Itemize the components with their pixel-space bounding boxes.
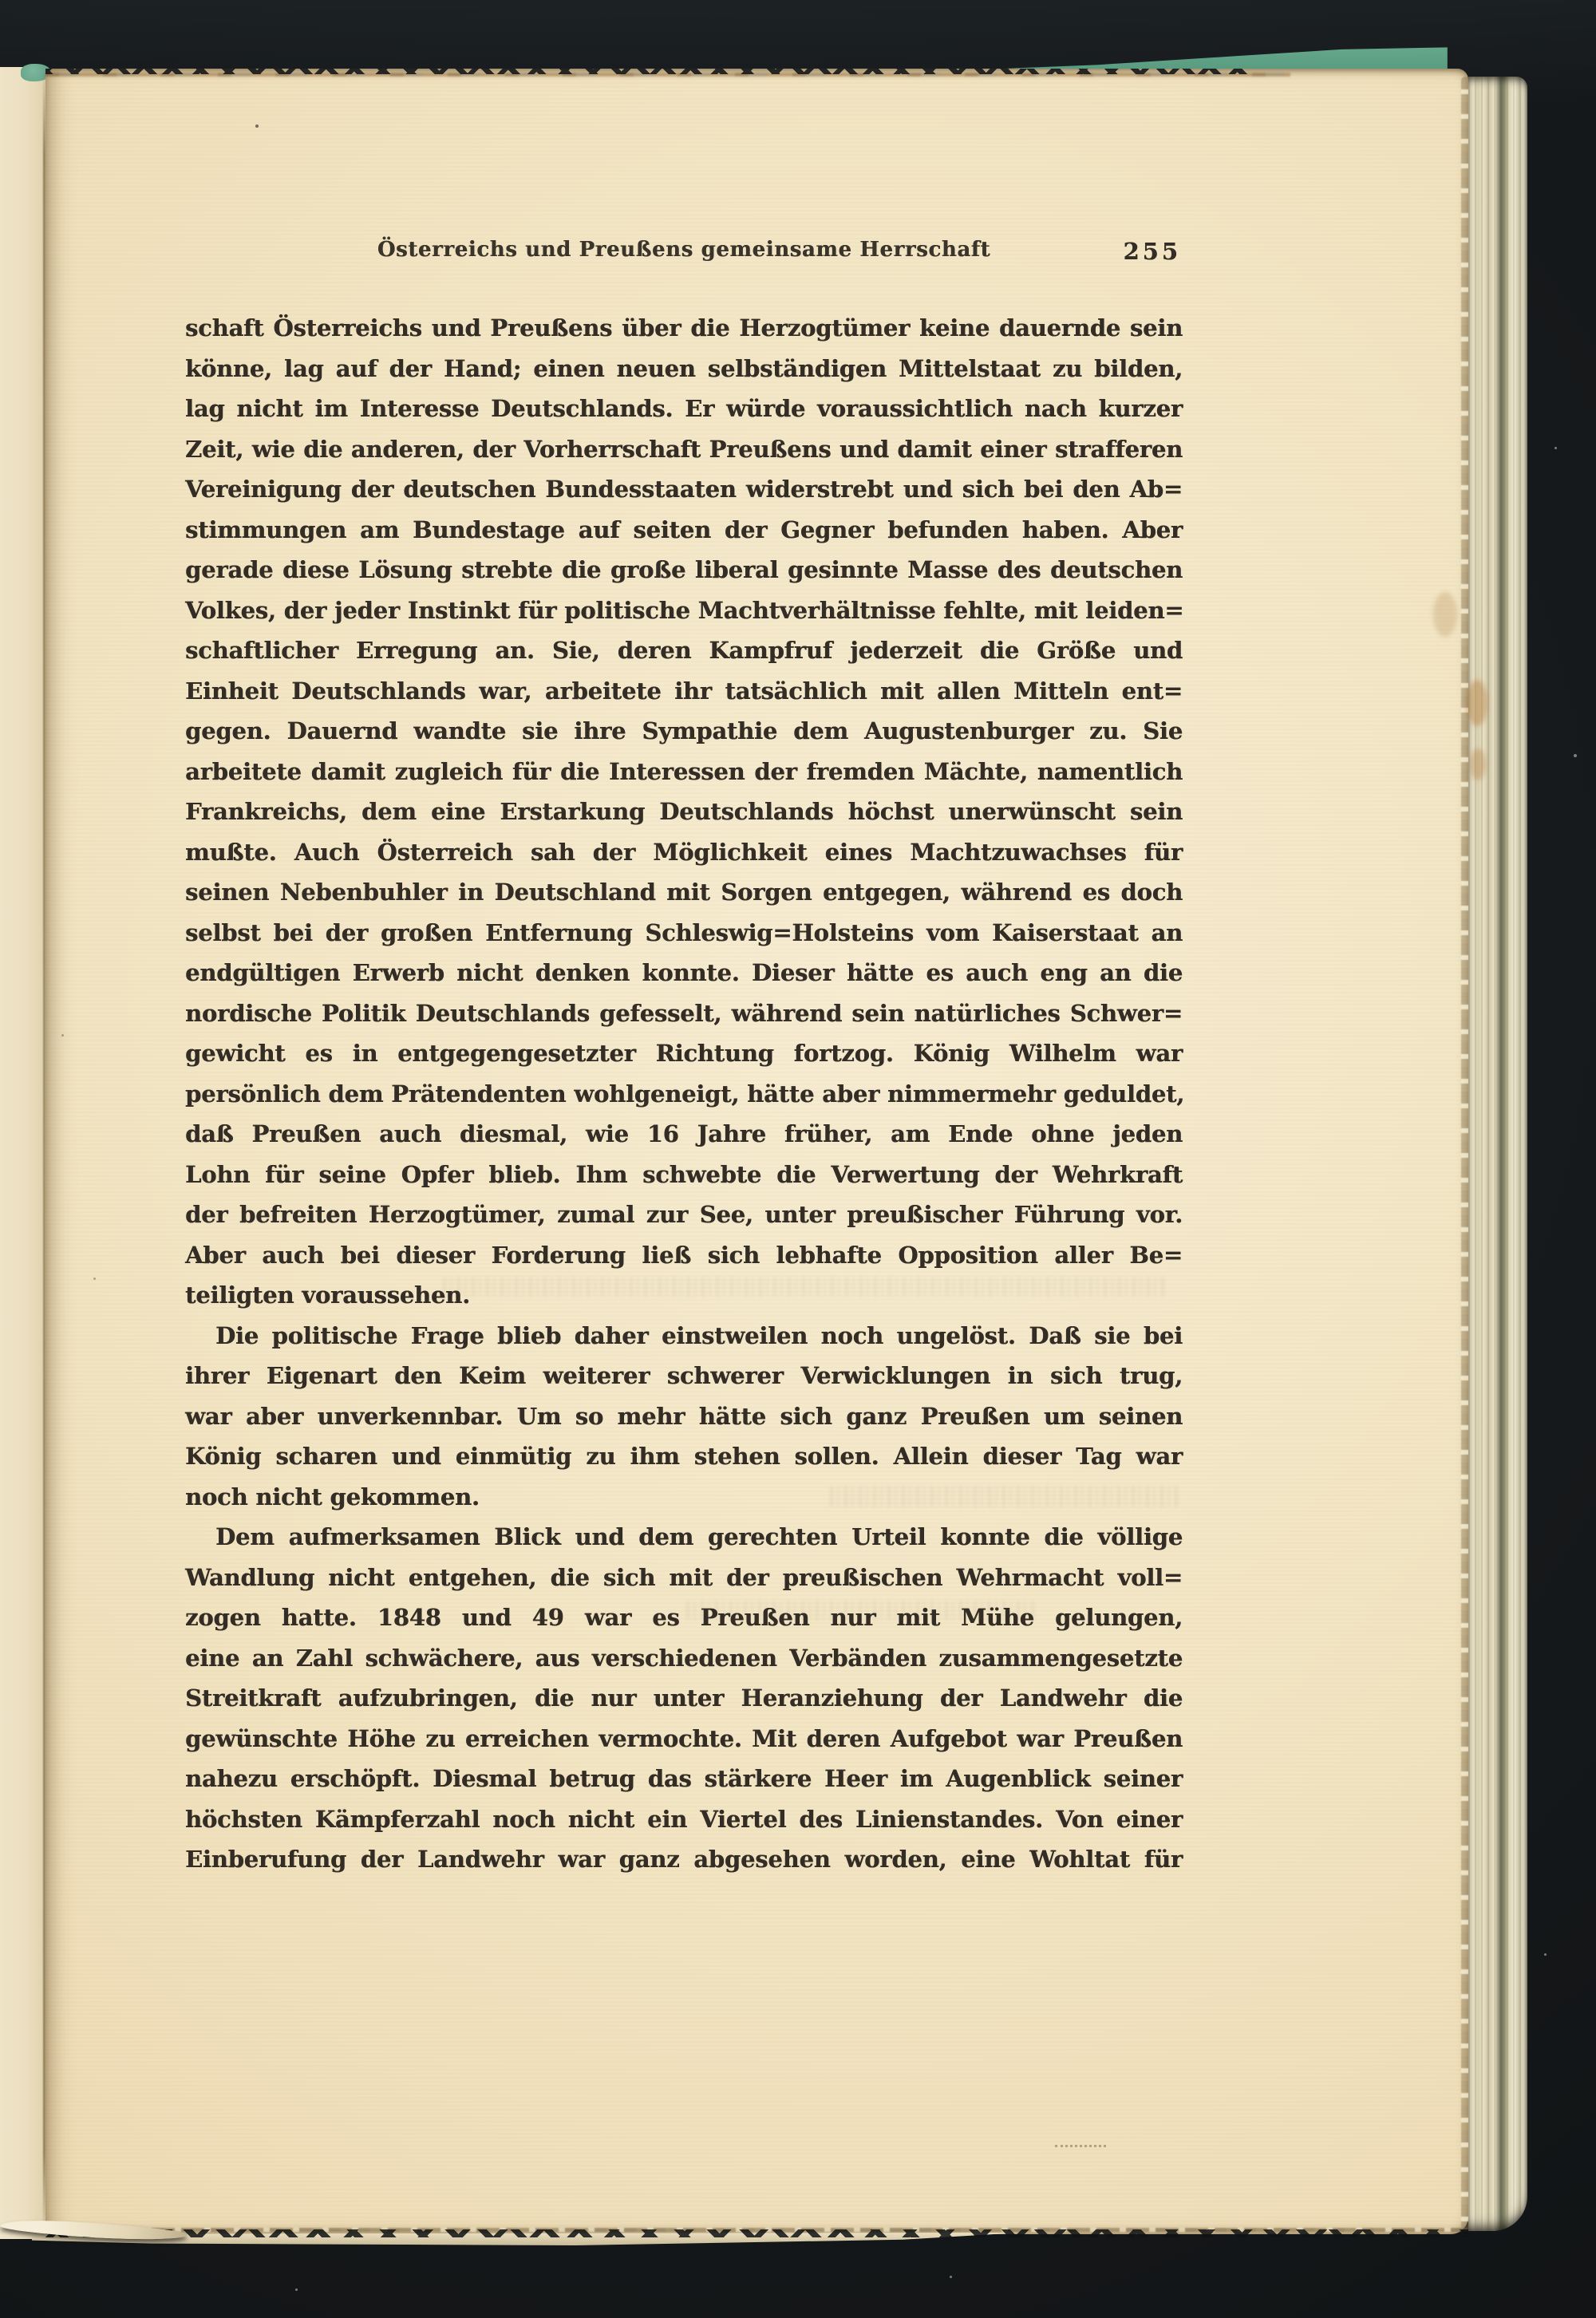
text-line: Frankreichs, dem eine Erstarkung Deutsch… [185,792,1183,832]
text-line: stimmungen am Bundestage auf seiten der … [185,510,1183,551]
dust-speck [1544,1953,1547,1956]
running-title: Österreichs und Preußens gemeinsame Herr… [185,238,1183,262]
text-line: Volkes, der jeder Instinkt für politisch… [185,590,1183,631]
paper-speck [93,1277,96,1280]
torn-paper-edge-bottom [45,2229,1468,2237]
text-line: der befreiten Herzogtümer, zumal zur See… [185,1195,1183,1235]
text-line: Wandlung nicht entgehen, die sich mit de… [185,1558,1183,1598]
text-line: König scharen und einmütig zu ihm stehen… [185,1436,1183,1477]
dust-speck [1574,754,1577,757]
foxing-stain [1433,592,1457,637]
text-block: schaft Österreichs und Preußens über die… [185,308,1183,1880]
text-line: selbst bei der großen Entfernung Schlesw… [185,913,1183,954]
foxing-stain [1467,680,1487,726]
text-line: Die politische Frage blieb daher einstwe… [185,1316,1183,1356]
ink-bleed-through [686,1601,1037,1621]
text-line: gerade diese Lösung strebte die große li… [185,550,1183,590]
text-line: schaftlicher Erregung an. Sie, deren Kam… [185,630,1183,671]
torn-paper-edge-top [45,69,1258,74]
text-line: Lohn für seine Opfer blieb. Ihm schwebte… [185,1155,1183,1195]
text-line: höchsten Kämpferzahl noch nicht ein Vier… [185,1799,1183,1840]
book-scan-photo: Österreichs und Preußens gemeinsame Herr… [0,0,1596,2318]
facing-page-gutter-edge [0,67,45,2239]
text-line: schaft Österreichs und Preußens über die… [185,308,1183,349]
text-line: gewünschte Höhe zu erreichen vermochte. … [185,1719,1183,1759]
text-line: nordische Politik Deutschlands gefesselt… [185,993,1183,1034]
dust-speck [950,2276,952,2278]
text-line: könne, lag auf der Hand; einen neuen sel… [185,349,1183,389]
book-page: Österreichs und Preußens gemeinsame Herr… [45,69,1468,2234]
text-line: lag nicht im Interesse Deutschlands. Er … [185,389,1183,429]
page-stack-fore-edge [1468,77,1527,2231]
text-line: Dem aufmerksamen Blick und dem gerechten… [185,1517,1183,1558]
pencil-dotted-mark [1055,2145,1106,2147]
text-line: Zeit, wie die anderen, der Vorherrschaft… [185,429,1183,470]
text-line: ihrer Eigenart den Keim weiterer schwere… [185,1356,1183,1396]
text-line: war aber unverkennbar. Um so mehr hätte … [185,1396,1183,1437]
text-line: daß Preußen auch diesmal, wie 16 Jahre f… [185,1114,1183,1155]
ink-bleed-through [830,1486,1181,1507]
paper-speck [61,1034,64,1037]
text-line: Einberufung der Landwehr war ganz abgese… [185,1839,1183,1880]
page-number: 255 [1123,238,1181,265]
text-line: nahezu erschöpft. Diesmal betrug das stä… [185,1759,1183,1799]
text-line: Vereinigung der deutschen Bundesstaaten … [185,469,1183,510]
dust-speck [295,2288,298,2291]
text-line: eine an Zahl schwächere, aus verschieden… [185,1638,1183,1679]
dust-speck [1555,447,1557,449]
text-line: mußte. Auch Österreich sah der Möglichke… [185,832,1183,873]
text-line: Einheit Deutschlands war, arbeitete ihr … [185,671,1183,712]
text-line: gegen. Dauernd wandte sie ihre Sympathie… [185,711,1183,752]
text-line: Aber auch bei dieser Forderung ließ sich… [185,1235,1183,1276]
text-line: gewicht es in entgegengesetzter Richtung… [185,1033,1183,1074]
ink-bleed-through [443,1277,1165,1297]
text-line: endgültigen Erwerb nicht denken konnte. … [185,953,1183,993]
text-line: Streitkraft aufzubringen, die nur unter … [185,1678,1183,1719]
page-header: Österreichs und Preußens gemeinsame Herr… [185,238,1183,274]
text-line: arbeitete damit zugleich für die Interes… [185,752,1183,792]
foxing-stain [1470,748,1486,780]
paper-speck [255,124,259,128]
text-line: persönlich dem Prätendenten wohlgeneigt,… [185,1074,1183,1115]
text-line: seinen Nebenbuhler in Deutschland mit So… [185,872,1183,913]
